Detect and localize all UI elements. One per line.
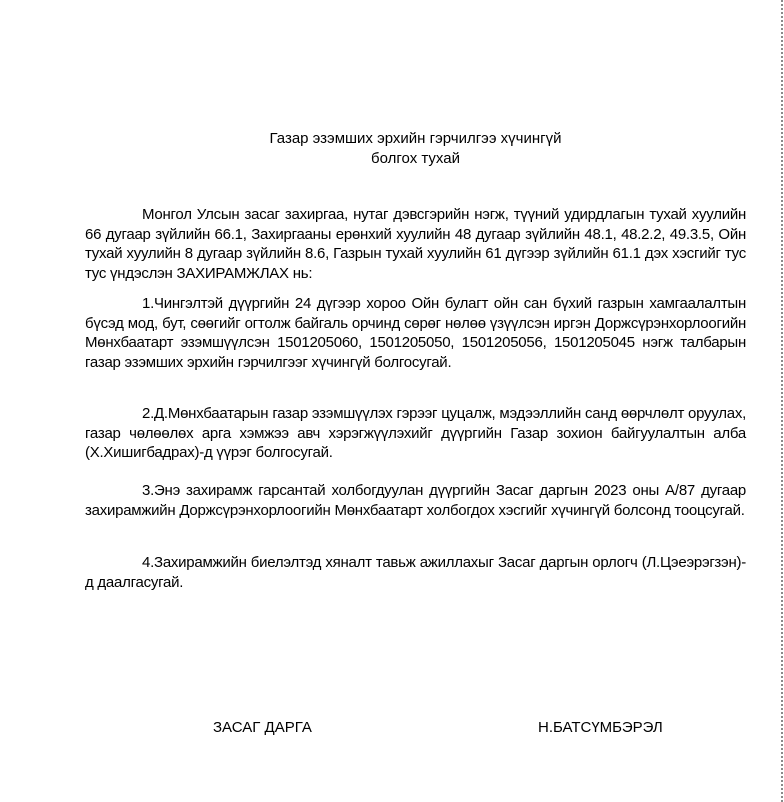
signature-name: Н.БАТСҮМБЭРЭЛ — [538, 718, 663, 738]
clause-2-paragraph: 2.Д.Мөнхбаатарын газар эзэмшүүлэх гэрээг… — [85, 404, 746, 463]
preamble-paragraph: Монгол Улсын засаг захиргаа, нутаг дэвсг… — [85, 205, 746, 283]
title-line-1: Газар эзэмших эрхийн гэрчилгээ хүчингүй — [85, 129, 746, 149]
title-line-2: болгох тухай — [85, 149, 746, 169]
clause-1-paragraph: 1.Чингэлтэй дүүргийн 24 дүгээр хороо Ойн… — [85, 294, 746, 372]
signature-title: ЗАСАГ ДАРГА — [213, 718, 312, 738]
document-title: Газар эзэмших эрхийн гэрчилгээ хүчингүй … — [85, 129, 746, 169]
clause-4-paragraph: 4.Захирамжийн биелэлтэд хяналт тавьж ажи… — [85, 553, 746, 592]
clause-3-paragraph: 3.Энэ захирамж гарсантай холбогдуулан дү… — [85, 481, 746, 520]
page-edge-divider — [781, 0, 783, 802]
